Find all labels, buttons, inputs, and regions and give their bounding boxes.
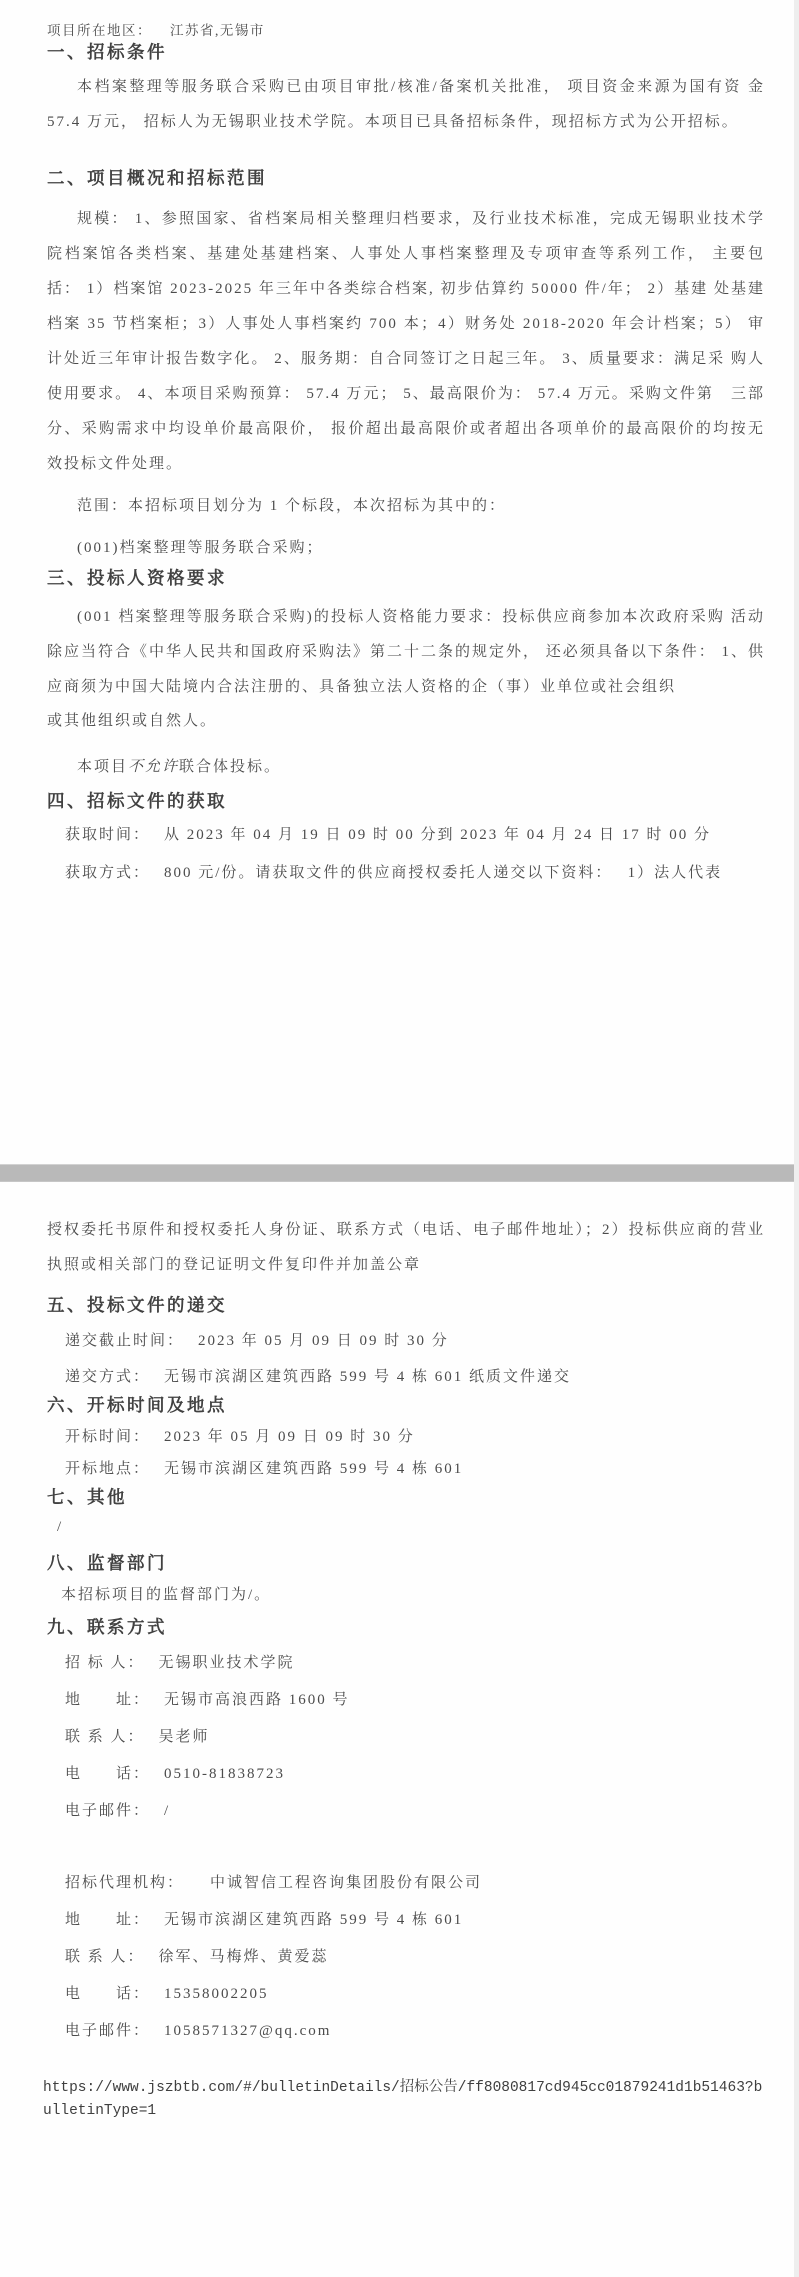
section-1-paragraph: 本档案整理等服务联合采购已由项目审批/核准/备案机关批准， 项目资金来源为国有资… xyxy=(47,70,765,140)
submit-method-line: 递交方式：无锡市滨湖区建筑西路 599 号 4 栋 601 纸质文件递交 xyxy=(47,1367,765,1387)
section-7-slash: / xyxy=(47,1517,765,1537)
obtain-time-value: 从 2023 年 04 月 19 日 09 时 00 分到 2023 年 04 … xyxy=(164,827,711,843)
submit-deadline-label: 递交截止时间： xyxy=(65,1333,184,1349)
bid-opening-place-value: 无锡市滨湖区建筑西路 599 号 4 栋 601 xyxy=(164,1461,463,1477)
tenderer-address-value: 无锡市高浪西路 1600 号 xyxy=(164,1692,350,1708)
bid-opening-time-label: 开标时间： xyxy=(65,1429,150,1445)
section-3-consortium-line: 本项目不允许联合体投标。 xyxy=(47,751,765,783)
tenderer-phone-label: 电 话： xyxy=(65,1766,150,1782)
agency-contact-value: 徐军、马梅烨、黄爱蕊 xyxy=(159,1949,329,1965)
supervision-line: 本招标项目的监督部门为/。 xyxy=(47,1585,765,1605)
bid-opening-place-line: 开标地点：无锡市滨湖区建筑西路 599 号 4 栋 601 xyxy=(47,1459,765,1479)
section-3-qualification-paragraph: (001 档案整理等服务联合采购)的投标人资格能力要求：投标供应商参加本次政府采… xyxy=(47,600,765,705)
bulletin-document-page: 项目所在地区：江苏省,无锡市 一、招标条件 本档案整理等服务联合采购已由项目审批… xyxy=(0,0,799,2277)
tenderer-address-line: 地 址：无锡市高浪西路 1600 号 xyxy=(47,1690,765,1710)
agency-address-line: 地 址：无锡市滨湖区建筑西路 599 号 4 栋 601 xyxy=(47,1910,765,1930)
agency-contact-line: 联 系 人：徐军、马梅烨、黄爱蕊 xyxy=(47,1947,765,1967)
tenderer-email-line: 电子邮件：/ xyxy=(47,1801,765,1821)
project-location-line: 项目所在地区：江苏省,无锡市 xyxy=(47,22,765,40)
section-2-lot-line: (001)档案整理等服务联合采购； xyxy=(47,532,765,564)
agency-address-label: 地 址： xyxy=(65,1912,150,1928)
tenderer-phone-line: 电 话：0510-81838723 xyxy=(47,1764,765,1784)
page-break-separator xyxy=(0,1164,799,1182)
agency-contact-label: 联 系 人： xyxy=(65,1949,145,1965)
obtain-method-value: 800 元/份。请获取文件的供应商授权委托人递交以下资料： 1）法人代表 xyxy=(164,865,722,881)
agency-phone-value: 15358002205 xyxy=(164,1986,269,2002)
submit-method-label: 递交方式： xyxy=(65,1369,150,1385)
section-3-heading: 三、投标人资格要求 xyxy=(47,566,765,590)
tenderer-address-label: 地 址： xyxy=(65,1692,150,1708)
submit-deadline-value: 2023 年 05 月 09 日 09 时 30 分 xyxy=(198,1333,449,1349)
section-8-heading: 八、监督部门 xyxy=(47,1551,765,1575)
tenderer-name-label: 招 标 人： xyxy=(65,1655,145,1671)
section-1-heading: 一、招标条件 xyxy=(47,40,765,64)
section-3-other-org-line: 或其他组织或自然人。 xyxy=(47,705,765,737)
section-2-heading: 二、项目概况和招标范围 xyxy=(47,166,765,190)
bid-opening-place-label: 开标地点： xyxy=(65,1461,150,1477)
tenderer-email-value: / xyxy=(164,1803,170,1819)
agency-phone-line: 电 话：15358002205 xyxy=(47,1984,765,2004)
submit-deadline-line: 递交截止时间：2023 年 05 月 09 日 09 时 30 分 xyxy=(47,1331,765,1351)
agency-email-value: 1058571327@qq.com xyxy=(164,2023,331,2039)
agency-phone-label: 电 话： xyxy=(65,1986,150,2002)
submit-method-value: 无锡市滨湖区建筑西路 599 号 4 栋 601 纸质文件递交 xyxy=(164,1369,571,1385)
obtain-time-label: 获取时间： xyxy=(65,827,150,843)
page2-authorization-paragraph: 授权委托书原件和授权委托人身份证、联系方式（电话、电子邮件地址）；2）投标供应商… xyxy=(47,1213,765,1283)
bid-opening-time-value: 2023 年 05 月 09 日 09 时 30 分 xyxy=(164,1429,415,1445)
obtain-time-line: 获取时间：从 2023 年 04 月 19 日 09 时 00 分到 2023 … xyxy=(47,825,765,845)
section-2-range-line: 范围：本招标项目划分为 1 个标段，本次招标为其中的： xyxy=(47,490,765,522)
section-2-scope-paragraph: 规模： 1、参照国家、省档案局相关整理归档要求，及行业技术标准，完成无锡职业技术… xyxy=(47,202,765,482)
project-location-label: 项目所在地区： xyxy=(47,23,152,38)
tenderer-phone-value: 0510-81838723 xyxy=(164,1766,285,1782)
document-content: 项目所在地区：江苏省,无锡市 一、招标条件 本档案整理等服务联合采购已由项目审批… xyxy=(0,0,799,2123)
section-6-heading: 六、开标时间及地点 xyxy=(47,1393,765,1417)
agency-email-label: 电子邮件： xyxy=(65,2023,150,2039)
bid-opening-time-line: 开标时间：2023 年 05 月 09 日 09 时 30 分 xyxy=(47,1427,765,1447)
tenderer-contact-label: 联 系 人： xyxy=(65,1729,145,1745)
section-9-heading: 九、联系方式 xyxy=(47,1615,765,1639)
agency-name-value: 中诚智信工程咨询集团股份有限公司 xyxy=(210,1875,482,1891)
tenderer-contact-line: 联 系 人：吴老师 xyxy=(47,1727,765,1747)
section-7-heading: 七、其他 xyxy=(47,1485,765,1509)
consortium-text-emphasis: 不允许 xyxy=(128,759,179,775)
obtain-method-label: 获取方式： xyxy=(65,865,150,881)
obtain-method-line: 获取方式：800 元/份。请获取文件的供应商授权委托人递交以下资料： 1）法人代… xyxy=(47,863,765,883)
tenderer-email-label: 电子邮件： xyxy=(65,1803,150,1819)
agency-address-value: 无锡市滨湖区建筑西路 599 号 4 栋 601 xyxy=(164,1912,463,1928)
project-location-value: 江苏省,无锡市 xyxy=(170,23,265,38)
source-url: https://www.jszbtb.com/#/bulletinDetails… xyxy=(43,2077,765,2123)
section-5-heading: 五、投标文件的递交 xyxy=(47,1293,765,1317)
tenderer-contact-value: 吴老师 xyxy=(159,1729,210,1745)
section-4-heading: 四、招标文件的获取 xyxy=(47,789,765,813)
consortium-text-pre: 本项目 xyxy=(77,759,128,775)
agency-name-line: 招标代理机构：中诚智信工程咨询集团股份有限公司 xyxy=(47,1873,765,1893)
right-edge-strip xyxy=(794,0,799,2277)
tenderer-name-value: 无锡职业技术学院 xyxy=(159,1655,295,1671)
tenderer-name-line: 招 标 人：无锡职业技术学院 xyxy=(47,1653,765,1673)
agency-name-label: 招标代理机构： xyxy=(65,1875,184,1891)
agency-email-line: 电子邮件：1058571327@qq.com xyxy=(47,2021,765,2041)
consortium-text-post: 联合体投标。 xyxy=(179,759,281,775)
